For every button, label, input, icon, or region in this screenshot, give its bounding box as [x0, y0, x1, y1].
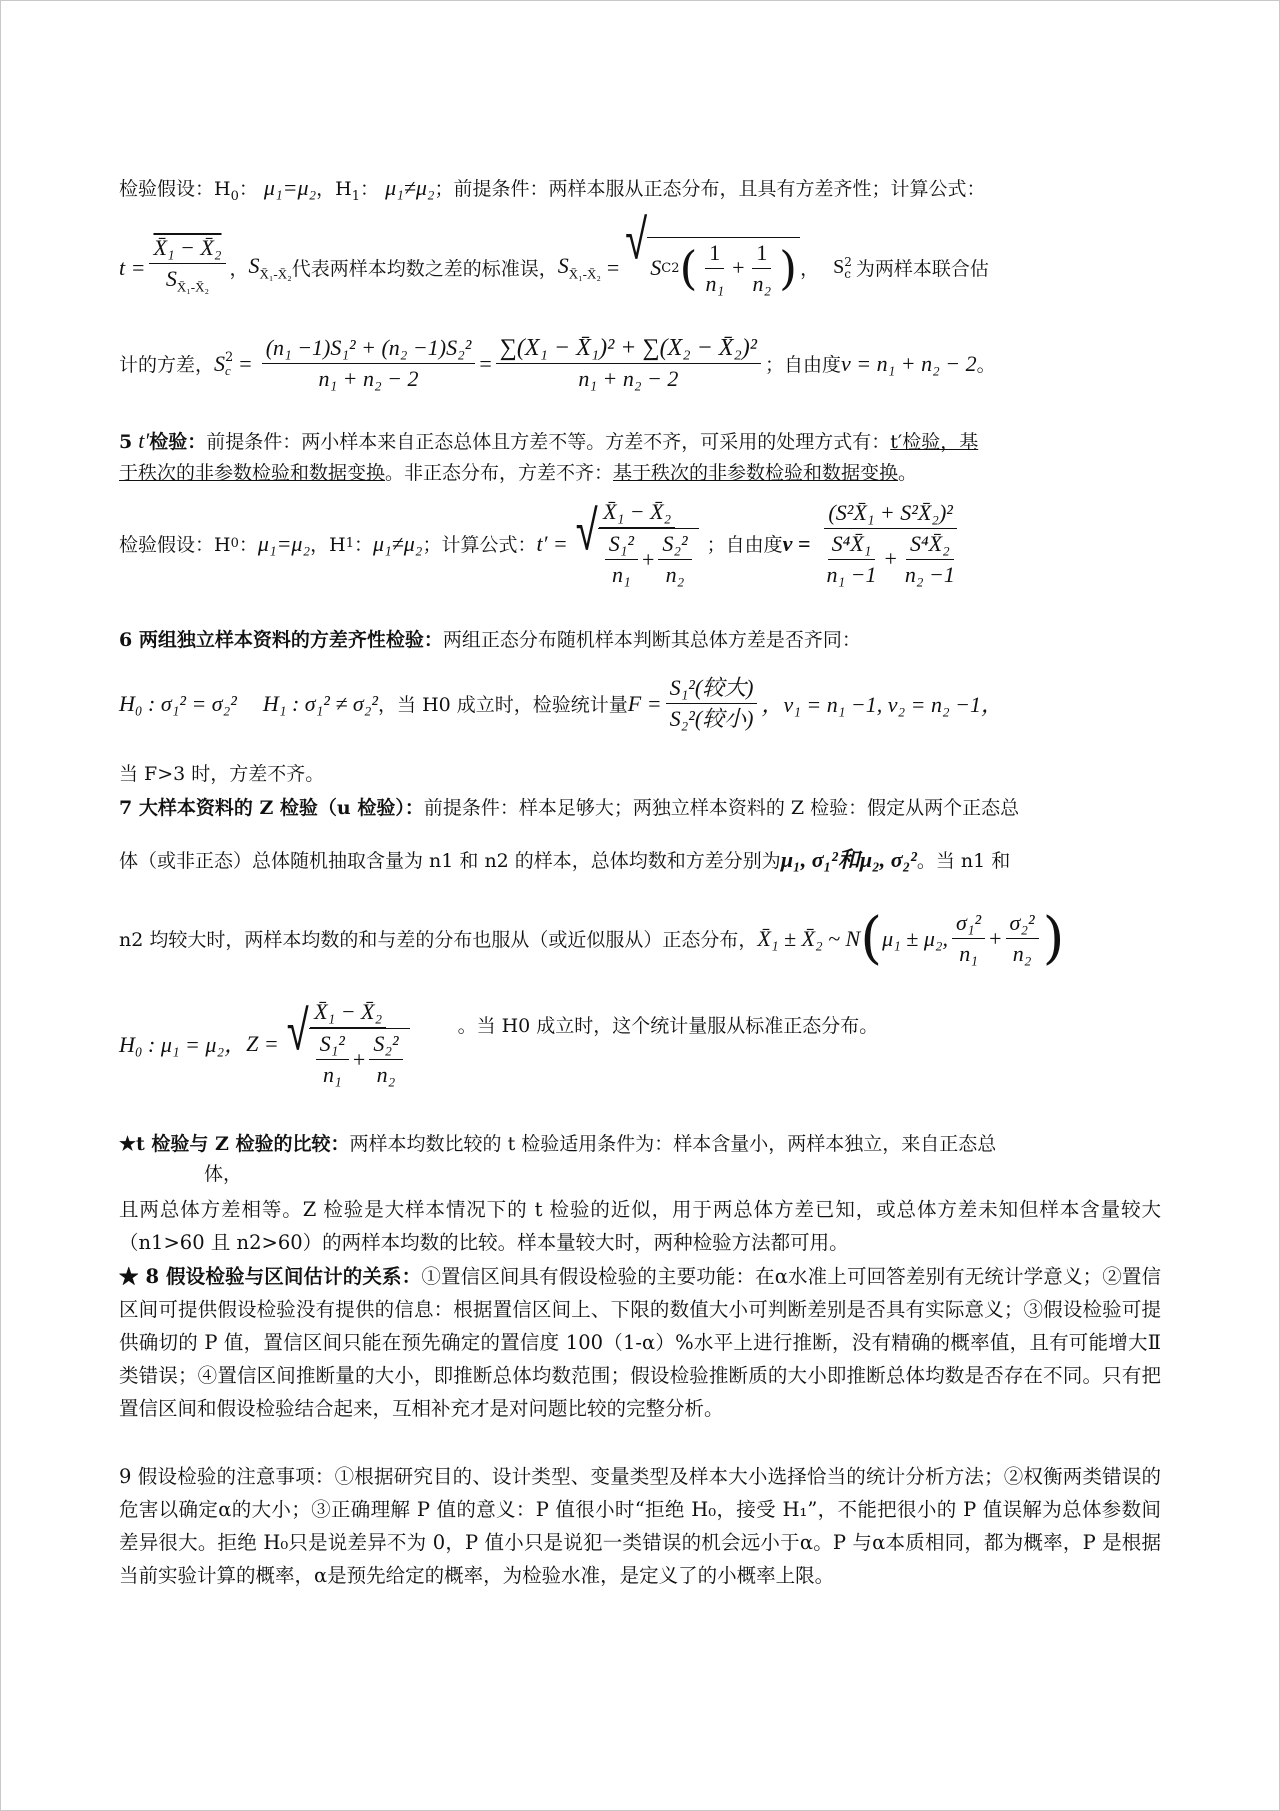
text: +	[353, 1045, 365, 1075]
s: S	[833, 256, 844, 279]
sqrt: √ S₁²n₁ + S₂²n₂	[287, 1028, 410, 1090]
pooled-variance-line: 计的方差， S2c = (n₁ −1)S₁² + (n₂ −1)S₂²n₁ + …	[119, 333, 996, 394]
num: (S²X̄₁ + S²X̄₂)²	[824, 498, 956, 529]
text: 两样本均数比较的 t 检验适用条件为：样本含量小，两样本独立，来自正态总	[350, 1133, 997, 1155]
text: =	[479, 351, 491, 377]
math: μ₁≠μ₂	[373, 531, 422, 557]
sqrt: √ S₁²n₁ + S₂²n₂	[576, 528, 699, 590]
text: ：	[360, 178, 379, 200]
section-title: 检验：	[149, 431, 206, 453]
comparison-paragraph: 且两总体方差相等。Z 检验是大样本情况下的 t 检验的近似，用于两总体方差已知，…	[119, 1193, 1161, 1259]
num: ∑(X₁ − X̄₁)² + ∑(X₂ − X̄₂)²	[496, 333, 761, 364]
sqrt-body: S₁²n₁ + S₂²n₂	[598, 528, 699, 590]
comparison-line-1b: 体，	[204, 1161, 242, 1187]
math-df: ，ν₁ = n₁ −1, ν₂ = n₂ −1，	[761, 688, 1003, 719]
section-7-line-2: 体（或非正态）总体随机抽取含量为 n1 和 n2 的样本，总体均数和方差分别为μ…	[119, 847, 1010, 874]
frac: X̄₁ − X̄₂ √ S₁²n₁ + S₂²n₂	[283, 997, 414, 1090]
math: ν =	[783, 531, 811, 557]
math: μ₁ ± μ₂,	[882, 926, 948, 952]
text: 体，	[204, 1163, 242, 1185]
s: S	[249, 253, 260, 278]
text: =	[607, 255, 619, 281]
den: S⁴X̄₁n₁ −1 + S⁴X̄₂n₂ −1	[814, 529, 966, 590]
den: n₁	[955, 939, 982, 969]
text: 。当 n1 和	[917, 850, 1010, 872]
sub: X̄₁-X̄₂	[569, 266, 601, 281]
math: F =	[628, 691, 662, 717]
text: 代表两样本均数之差的标准误，	[292, 254, 558, 281]
num: X̄₁ − X̄₂	[310, 997, 386, 1028]
t-formula-line: t = X̄₁ − X̄₂ SX̄₁-X̄₂ ， SX̄₁-X̄₂ 代表两样本均…	[119, 233, 989, 302]
sub: 1	[346, 536, 354, 551]
frac: 1n₂	[749, 238, 776, 299]
text: 两组正态分布随机样本判断其总体方差是否齐同：	[443, 629, 861, 651]
math-params: μ₁, σ₁²和μ₂, σ₂²	[781, 847, 917, 872]
frac: S₁²(较大)S₂²(较小)	[666, 673, 758, 734]
math: μ₁=μ₂	[258, 531, 310, 557]
text: 前提条件：样本足够大；两独立样本资料的 Z 检验：假定从两个正态总	[424, 797, 1019, 819]
den: √ S₁²n₁ + S₂²n₂	[283, 1028, 414, 1090]
text: ，H	[316, 178, 352, 200]
num: σ₂²	[1006, 908, 1039, 939]
frac: S⁴X̄₁n₁ −1	[822, 529, 880, 590]
text: 为两样本联合估	[856, 254, 989, 281]
math-h1: H₁ : σ₁² ≠ σ₂²	[263, 691, 378, 717]
sub: 1	[352, 189, 360, 204]
text: +	[642, 545, 654, 575]
text: ：	[239, 530, 258, 557]
math-df: ν = n₁ + n₂ − 2	[841, 351, 977, 377]
section-title: 6 两组独立样本资料的方差齐性检验：	[119, 629, 443, 651]
z-formula-line: H₀ : μ₁ = μ₂， Z = X̄₁ − X̄₂ √ S₁²n₁ + S₂…	[119, 997, 878, 1090]
frac: 1n₁	[701, 238, 728, 299]
num: S⁴X̄₁	[828, 529, 876, 560]
frac: (n₁ −1)S₁² + (n₂ −1)S₂²n₁ + n₂ − 2	[262, 333, 476, 394]
den: √ S₁²n₁ + S₂²n₂	[572, 528, 703, 590]
radical-icon: √	[287, 1003, 309, 1090]
sqrt: √ SC2 ( 1n₁ + 1n₂ )	[625, 237, 800, 299]
den: n₁ −1	[822, 560, 880, 590]
s: S	[558, 253, 569, 278]
frac: σ₁²n₁	[952, 908, 985, 969]
text: =	[239, 351, 251, 377]
section-title: ★t 检验与 Z 检验的比较：	[119, 1133, 350, 1155]
num: X̄₁ − X̄₂	[599, 497, 675, 528]
text: +	[989, 926, 1001, 952]
sub: C	[661, 261, 671, 276]
sqrt-body: SC2 ( 1n₁ + 1n₂ )	[647, 237, 800, 299]
sub: c	[225, 364, 233, 377]
text: n2 均较大时，两样本均数的和与差的分布也服从（或近似服从）正态分布，	[119, 925, 757, 952]
numerator: X̄₁ − X̄₂	[149, 233, 225, 264]
f-test-formula-line: H₀ : σ₁² = σ₂² H₁ : σ₁² ≠ σ₂² ，当 H0 成立时，…	[119, 673, 1003, 734]
text: ①置信区间具有假设检验的主要功能：在α水准上可回答差别有无统计学意义；②置信区间…	[119, 1265, 1161, 1420]
text: 当 F>3 时，方差不齐。	[119, 763, 324, 785]
math-t-prime: t′	[138, 428, 149, 453]
f-test-note: 当 F>3 时，方差不齐。	[119, 761, 324, 787]
frac: S₁²n₁	[316, 1029, 349, 1090]
num: (n₁ −1)S₁² + (n₂ −1)S₂²	[262, 333, 476, 364]
math-se: SX̄₁-X̄₂	[558, 253, 601, 282]
text: 体（或非正态）总体随机抽取含量为 n1 和 n2 的样本，总体均数和方差分别为	[119, 850, 781, 872]
text: 。当 H0 成立时，这个统计量服从标准正态分布。	[458, 1011, 879, 1038]
subsup: 2c	[844, 256, 852, 280]
math: X̄₁ ± X̄₂ ~ N	[757, 926, 860, 952]
section-7-line-1: 7 大样本资料的 Z 检验（u 检验）：前提条件：样本足够大；两独立样本资料的 …	[119, 795, 1019, 821]
section-7-line-3: n2 均较大时，两样本均数的和与差的分布也服从（或近似服从）正态分布， X̄₁ …	[119, 906, 1065, 971]
frac: σ₂²n₂	[1006, 908, 1039, 969]
text: ，H	[310, 530, 346, 557]
text: ；自由度	[765, 350, 841, 377]
text: 前提条件：两小样本来自正态总体且方差不等。方差不齐，可采用的处理方式有：	[206, 431, 890, 453]
underlined-term: 于秩次的非参数检验和数据变换	[119, 462, 385, 484]
text: ；计算公式：	[422, 530, 536, 557]
t-prime-formula-line: 检验假设：H0： μ₁=μ₂，H1： μ₁≠μ₂；计算公式： t′ = X̄₁ …	[119, 497, 971, 590]
paren-icon: (	[679, 241, 697, 295]
paren-icon: (	[860, 906, 882, 971]
sub: X̄₁-X̄₂	[177, 279, 209, 294]
num: 1	[705, 238, 724, 269]
num: S₂²	[369, 1029, 402, 1060]
section-title: 7 大样本资料的 Z 检验（u 检验）：	[119, 797, 424, 819]
underlined-term: 基于秩次的非参数检验和数据变换	[613, 462, 898, 484]
den: n₁ + n₂ − 2	[315, 364, 423, 394]
num: σ₁²	[952, 908, 985, 939]
sup: 2	[671, 261, 679, 276]
text: 检验假设：H	[119, 178, 231, 200]
num: 1	[752, 238, 771, 269]
text: +	[884, 544, 896, 574]
text: ；自由度	[707, 530, 783, 557]
math: Z =	[246, 1031, 279, 1057]
section-6-heading: 6 两组独立样本资料的方差齐性检验：两组正态分布随机样本判断其总体方差是否齐同：	[119, 627, 861, 653]
denominator: SX̄₁-X̄₂	[162, 264, 213, 302]
math-h0: H₀ : σ₁² = σ₂²	[119, 691, 237, 717]
den: n₁	[608, 560, 635, 590]
den: n₂	[662, 560, 689, 590]
paren-icon: )	[779, 241, 797, 295]
sub: c	[844, 268, 852, 280]
text: 。非正态分布，方差不齐：	[385, 462, 613, 484]
section-9-paragraph: 9 假设检验的注意事项：①根据研究目的、设计类型、变量类型及样本大小选择恰当的统…	[119, 1460, 1161, 1592]
s: S	[166, 266, 177, 291]
den: n₁ + n₂ − 2	[574, 364, 682, 394]
hypothesis-line-1: 检验假设：H0： μ₁=μ₂，H1： μ₁≠μ₂；前提条件：两样本服从正态分布，…	[119, 175, 986, 210]
den: n₂	[373, 1060, 400, 1090]
sup: 2	[225, 351, 233, 364]
text: 。	[977, 350, 996, 377]
comparison-line-1: ★t 检验与 Z 检验的比较：两样本均数比较的 t 检验适用条件为：样本含量小，…	[119, 1131, 996, 1157]
frac: S₂²n₂	[658, 529, 691, 590]
math-s: SX̄₁-X̄₂	[249, 253, 292, 282]
sup: 2	[844, 256, 852, 268]
num: S⁴X̄₂	[906, 529, 954, 560]
section-title: ★ 8 假设检验与区间估计的关系：	[119, 1265, 421, 1288]
text: ，	[230, 254, 249, 281]
den: n₂	[1009, 939, 1036, 969]
frac: X̄₁ − X̄₂ √ S₁²n₁ + S₂²n₂	[572, 497, 703, 590]
frac: S⁴X̄₂n₂ −1	[901, 529, 959, 590]
num: S₁²	[605, 529, 638, 560]
den: S₂²(较小)	[666, 704, 758, 734]
frac: ∑(X₁ − X̄₁)² + ∑(X₂ − X̄₂)²n₁ + n₂ − 2	[496, 333, 761, 394]
math-h0: H₀ : μ₁ = μ₂，	[119, 1028, 246, 1059]
sub: 0	[231, 536, 239, 551]
den: n₁	[701, 269, 728, 299]
num: S₁²	[316, 1029, 349, 1060]
text: 。	[898, 462, 917, 484]
num: S₁²(较大)	[666, 673, 758, 704]
sqrt-body: S₁²n₁ + S₂²n₂	[309, 1028, 410, 1090]
radical-icon: √	[576, 503, 598, 590]
text: ；前提条件：两样本服从正态分布，且具有方差齐性；计算公式：	[435, 178, 986, 200]
text: 检验假设：H	[119, 530, 231, 557]
math-t: t =	[119, 255, 145, 281]
frac: (S²X̄₁ + S²X̄₂)² S⁴X̄₁n₁ −1 + S⁴X̄₂n₂ −1	[814, 498, 966, 590]
section-5-line-2: 于秩次的非参数检验和数据变换。非正态分布，方差不齐：基于秩次的非参数检验和数据变…	[119, 460, 917, 486]
math-mu-equal: μ₁=μ₂	[264, 175, 316, 200]
num: S₂²	[658, 529, 691, 560]
s: S	[650, 255, 661, 281]
text: 9 假设检验的注意事项：①根据研究目的、设计类型、变量类型及样本大小选择恰当的统…	[119, 1465, 1161, 1587]
underlined-term: t′检验，基	[890, 431, 978, 453]
paren-icon: )	[1043, 906, 1065, 971]
subsup: 2c	[225, 351, 233, 377]
sub: X̄₁-X̄₂	[260, 266, 292, 281]
section-8-paragraph: ★ 8 假设检验与区间估计的关系：①置信区间具有假设检验的主要功能：在α水准上可…	[119, 1260, 1161, 1425]
text: ，	[800, 254, 819, 281]
text: ：	[239, 178, 258, 200]
s: S	[214, 351, 225, 377]
text: +	[732, 255, 744, 281]
frac: S₂²n₂	[369, 1029, 402, 1090]
den: n₁	[319, 1060, 346, 1090]
math-mu-notequal: μ₁≠μ₂	[385, 175, 434, 200]
den: n₂	[749, 269, 776, 299]
text: ：	[354, 530, 373, 557]
text: ，当 H0 成立时，检验统计量	[378, 690, 628, 717]
section-number: 5	[119, 431, 132, 453]
sub: 0	[231, 189, 239, 204]
text: 计的方差，	[119, 350, 214, 377]
den: n₂ −1	[901, 560, 959, 590]
math: t′ =	[536, 531, 567, 557]
document-page: 检验假设：H0： μ₁=μ₂，H1： μ₁≠μ₂；前提条件：两样本服从正态分布，…	[0, 0, 1280, 1811]
text: 且两总体方差相等。Z 检验是大样本情况下的 t 检验的近似，用于两总体方差已知，…	[119, 1198, 1161, 1254]
t-fraction: X̄₁ − X̄₂ SX̄₁-X̄₂	[149, 233, 225, 302]
section-5-line-1: 5 t′检验：前提条件：两小样本来自正态总体且方差不等。方差不齐，可采用的处理方…	[119, 428, 978, 455]
radical-icon: √	[625, 212, 647, 299]
frac: S₁²n₁	[605, 529, 638, 590]
